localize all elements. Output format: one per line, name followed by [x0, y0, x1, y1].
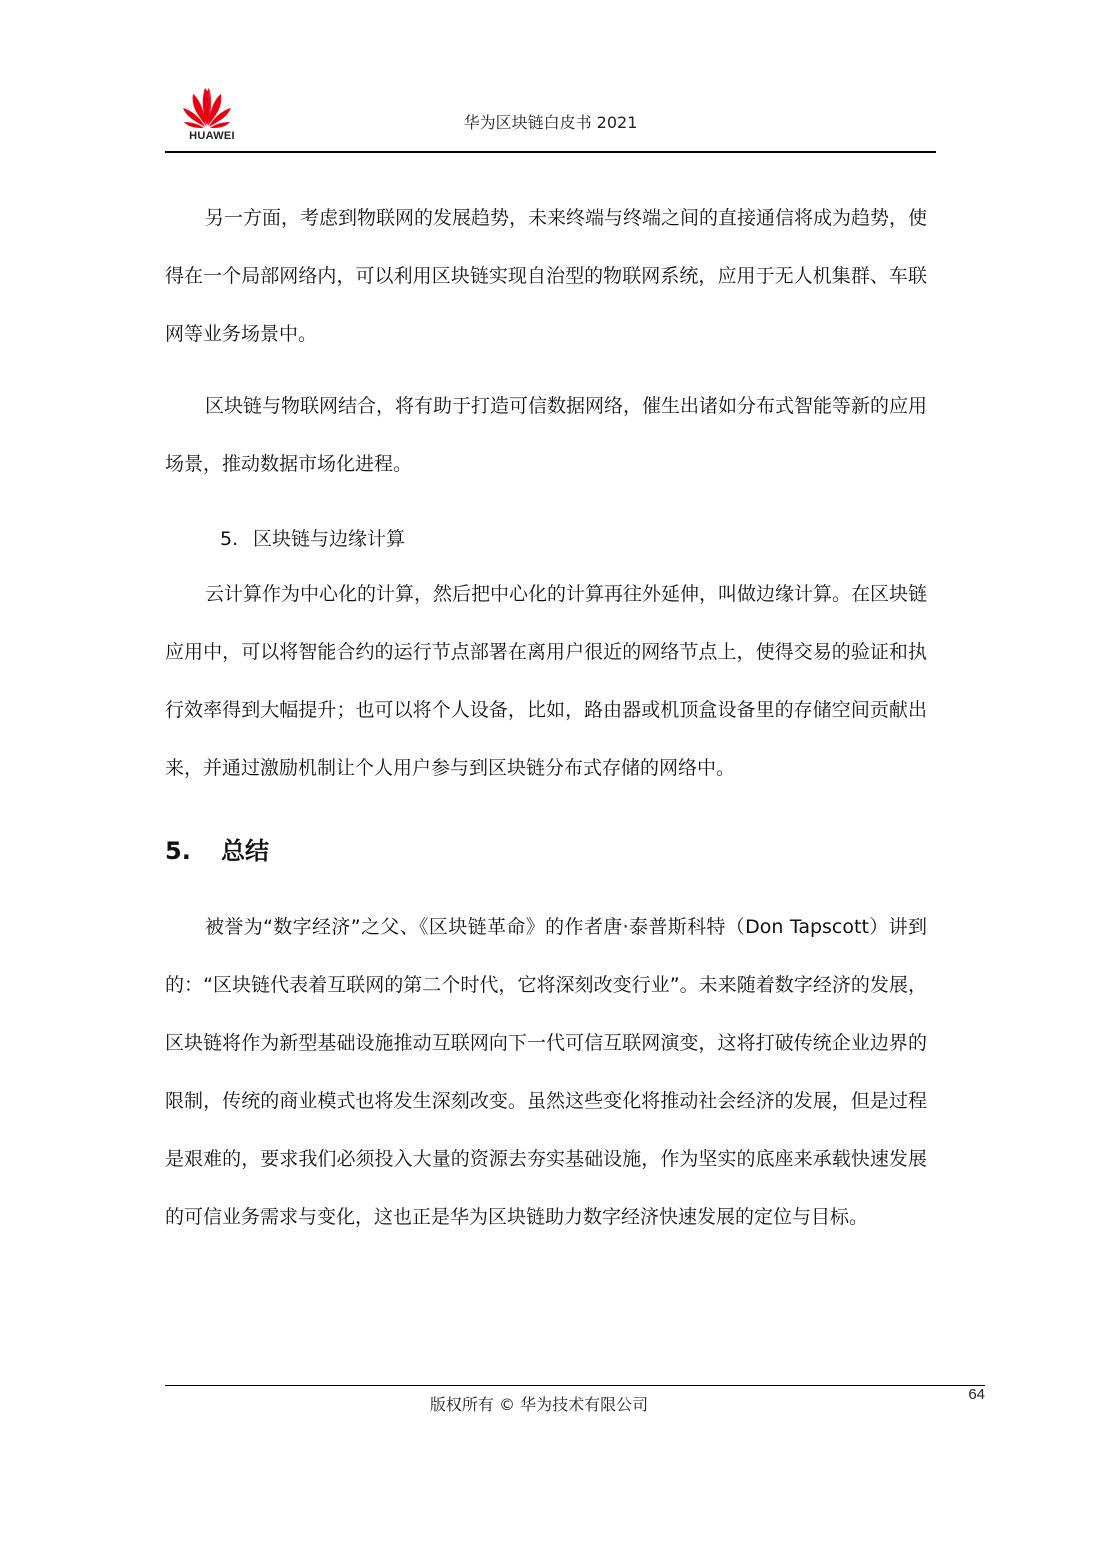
document-title: 华为区块链白皮书 2021	[165, 110, 936, 133]
footer-divider	[165, 1385, 985, 1386]
paragraph-summary: 被誉为“数字经济”之父、《区块链革命》的作者唐·泰普斯科特（Don Tapsco…	[165, 898, 927, 1246]
subsection-title: 区块链与边缘计算	[253, 528, 405, 550]
section-number: 5.	[165, 837, 221, 865]
page-header: HUAWEI 华为区块链白皮书 2021	[165, 84, 936, 152]
section-heading: 5.总结	[165, 831, 269, 866]
paragraph-iot-blockchain: 区块链与物联网结合，将有助于打造可信数据网络，催生出诸如分布式智能等新的应用场景…	[165, 377, 927, 493]
subsection-number: 5.	[220, 528, 253, 550]
paragraph-iot-trend: 另一方面，考虑到物联网的发展趋势，未来终端与终端之间的直接通信将成为趋势，使得在…	[165, 189, 927, 363]
page-number: 64	[940, 1386, 985, 1403]
section-title: 总结	[221, 837, 269, 865]
paragraph-edge-computing: 云计算作为中心化的计算，然后把中心化的计算再往外延伸，叫做边缘计算。在区块链应用…	[165, 565, 927, 797]
copyright-notice: 版权所有 © 华为技术有限公司	[165, 1392, 913, 1415]
subsection-heading: 5.区块链与边缘计算	[220, 524, 405, 551]
header-divider	[165, 151, 936, 153]
